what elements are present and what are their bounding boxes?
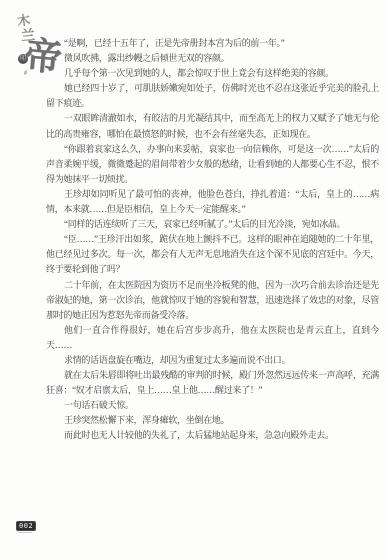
paragraph: 微风吹拂，露出纱幔之后倾世无双的容颜。 xyxy=(46,51,379,66)
logo-char-lan: 兰 xyxy=(20,25,35,46)
paragraph: 而此时也无人计较他的失礼了，太后猛地站起身来，急急向殿外走去。 xyxy=(46,428,379,443)
logo-char-mu: 木 xyxy=(16,9,32,30)
page-number-badge: 002 xyxy=(16,521,36,531)
paragraph: “是啊，已经十五年了，正是先帝册封本宫为后的前一年。” xyxy=(46,36,379,51)
paragraph: 求情的话语盘旋在嘴边，却因为重复过太多遍而说不出口。 xyxy=(46,353,379,368)
paragraph: 王珍突然松懈下来，浑身瘫软，坐倒在地。 xyxy=(46,413,379,428)
logo-ink-speck-icon xyxy=(23,70,28,76)
paragraph: 几乎每个第一次见到她的人，都会惊叹于世上竟会有这样绝美的容颜。 xyxy=(46,66,379,81)
paragraph: 她已经四十岁了，可肌肤娇嫩宛如处子，仿佛时光也不忍在这张近乎完美的脸孔上留下痕迹… xyxy=(46,81,379,111)
paragraph: 就在太后朱唇即将吐出最残酷的审判的时候，殿门外忽然远远传来一声高呼，充满狂喜：“… xyxy=(46,368,379,398)
paragraph: 他们一直合作得很好，她在后宫步步高升，他在太医院也是青云直上，直到今天…… xyxy=(46,323,379,353)
page-number-underline xyxy=(18,532,32,533)
paragraph: “你跟着哀家这么久，办事向来妥帖，哀家也一向信赖你，可是这一次……”太后的声音柔… xyxy=(46,142,379,187)
paragraph: “臣……”王珍汗出如浆，跪伏在地上颤抖不已。这样的眼神在追随她的二十年里，他已经… xyxy=(46,232,379,277)
logo-seal-icon: 印 xyxy=(18,54,28,64)
paragraph: 一双眼眸清澈如水，有皎洁的月光凝结其中，而至高无上的权力又赋予了她无与伦比的高贵… xyxy=(46,111,379,141)
book-page: 木 兰 帝 印 “是啊，已经十五年了，正是先帝册封本宫为后的前一年。”微风吹拂，… xyxy=(0,0,387,559)
paragraph: 二十年前，在太医院因为资历不足而坐冷板凳的他，因为一次巧合前去诊治还是先帝淑妃的… xyxy=(46,278,379,323)
paragraph: 一句话石破天惊。 xyxy=(46,398,379,413)
page-text: “是啊，已经十五年了，正是先帝册封本宫为后的前一年。”微风吹拂，露出纱幔之后倾世… xyxy=(46,36,379,444)
paragraph: 王珍却如同听见了最可怕的丧神，他脸色苍白，挣扎着道：“太后，皇上的……病情，本来… xyxy=(46,187,379,217)
paragraph: “同样的话连续听了三天，哀家已经听腻了。”太后的目光冷淡，宛如冰晶。 xyxy=(46,217,379,232)
